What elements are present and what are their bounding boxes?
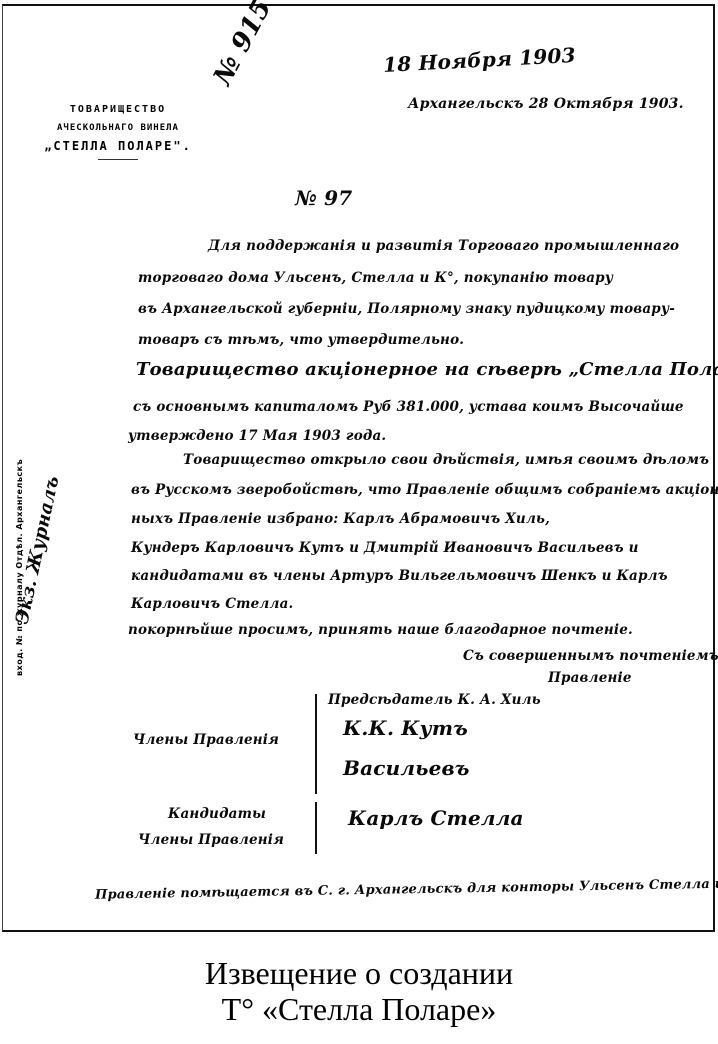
signature-3: Карлъ Стелла [348, 806, 524, 830]
closing-line: Съ совершеннымъ почтеніемъ [463, 648, 718, 664]
letterhead-rule [98, 159, 138, 160]
letterhead-line-2: АЧЕСКОЛЬНАГО ВИНЕЛА [23, 123, 213, 133]
footer-line: Правленіе помѣщается въ С. г. Архангельс… [95, 876, 718, 902]
para1-line-1: Для поддержанія и развитія Торговаго про… [208, 238, 679, 254]
para3-line-2: въ Русскомъ зверобойствѣ, что Правленіе … [131, 482, 718, 498]
bracket-candidates [315, 802, 317, 854]
caption-line-2: Т° «Стелла Поларе» [0, 991, 718, 1027]
para2-line-3: утверждено 17 Мая 1903 года. [128, 428, 386, 444]
para3-line-6: Карловичъ Стелла. [131, 596, 293, 612]
bracket-members [315, 694, 317, 794]
date-line: Архангельскъ 28 Октября 1903. [408, 96, 684, 112]
signature-1: К.К. Кутъ [343, 716, 468, 740]
letterhead-line-1: ТОВАРИЩЕСТВО [23, 104, 213, 115]
caption: Извещение о создании Т° «Стелла Поларе» [0, 955, 718, 1027]
document-number: № 97 [295, 186, 352, 210]
letterhead: ТОВАРИЩЕСТВО АЧЕСКОЛЬНАГО ВИНЕЛА „СТЕЛЛА… [23, 104, 213, 160]
para4-line: покорнѣйше просимъ, принять наше благода… [128, 622, 633, 638]
para3-line-4: Кундеръ Карловичъ Кутъ и Дмитрій Иванови… [131, 540, 639, 556]
para1-line-2: торговаго дома Ульсенъ, Стелла и К°, пок… [138, 270, 613, 286]
para3-line-3: ныхъ Правленіе избрано: Карлъ Абрамовичъ… [131, 511, 550, 527]
label-board-members: Члены Правленія [133, 732, 279, 748]
caption-line-1: Извещение о создании [0, 955, 718, 991]
label-candidates-2: Члены Правленія [138, 832, 284, 848]
date-received: 18 Ноября 1903 [383, 43, 577, 77]
para3-line-1: Товарищество открыло свои дѣйствія, имѣя… [183, 452, 709, 468]
signature-2: Васильевъ [343, 756, 470, 780]
chairman-line: Предсѣдатель К. А. Хиль [328, 692, 541, 708]
para1-line-3: въ Архангельской губерніи, Полярному зна… [138, 301, 675, 317]
para3-line-5: кандидатами въ члены Артуръ Вильгельмови… [131, 568, 668, 584]
para2-line-1: Товарищество акціонерное на сѣверѣ „Стел… [136, 359, 718, 380]
para1-line-4: товаръ съ тѣмъ, что утвердительно. [138, 332, 464, 348]
incoming-stamp-number: № 915 [208, 0, 278, 90]
document-sheet: ТОВАРИЩЕСТВО АЧЕСКОЛЬНАГО ВИНЕЛА „СТЕЛЛА… [2, 4, 715, 932]
signatures-header: Правленіе [548, 670, 632, 686]
letterhead-line-3: „СТЕЛЛА ПОЛАРЕ". [23, 139, 213, 153]
label-candidates-1: Кандидаты [168, 806, 266, 822]
para2-line-2: съ основнымъ капиталомъ Руб 381.000, уст… [133, 399, 684, 415]
margin-note-vertical: вход. № по журналу Отдѣл. Архангельскъ [15, 356, 24, 676]
